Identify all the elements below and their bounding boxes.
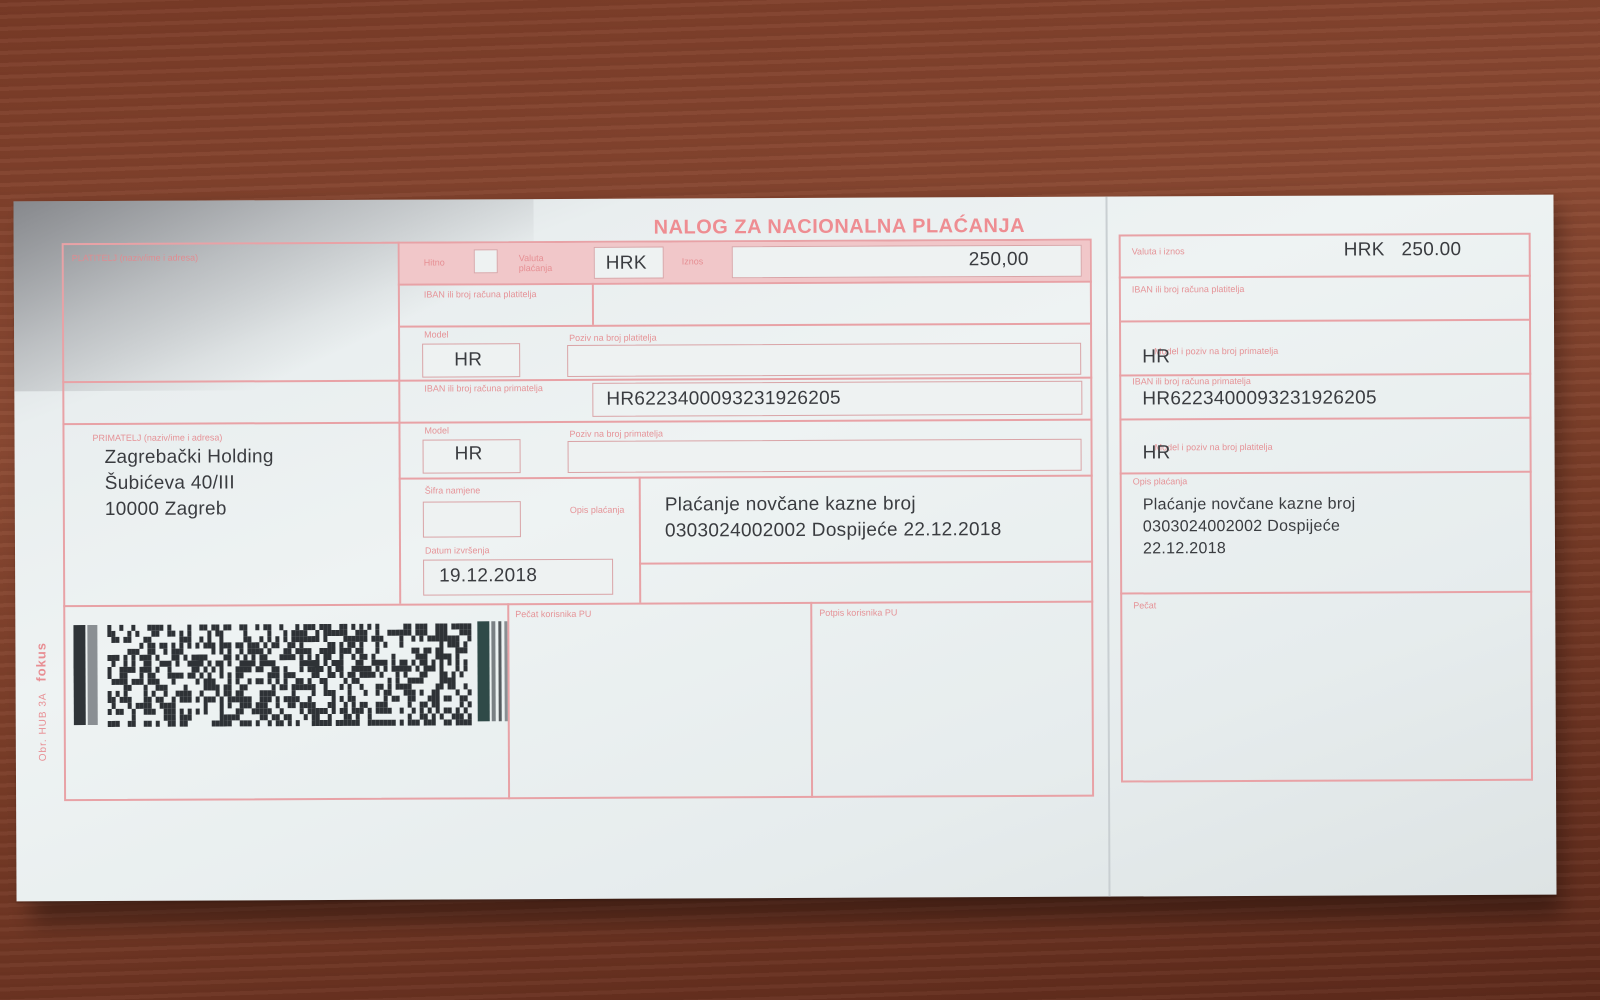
- recipient-city: 10000 Zagreb: [105, 498, 227, 521]
- description-line-1: Plaćanje novčane kazne broj: [665, 493, 916, 516]
- currency-value: HRK: [606, 253, 647, 275]
- recipient-model-value: HR: [455, 443, 483, 465]
- amount-label: Iznos: [682, 256, 704, 266]
- payer-reference-label: Poziv na broj platitelja: [569, 333, 657, 343]
- printer-brand: fokus: [33, 642, 48, 682]
- urgent-label: Hitno: [424, 257, 445, 267]
- recipient-name: Zagrebački Holding: [105, 446, 274, 469]
- payer-model-label: Model: [424, 329, 449, 339]
- stub-payer-model: HR: [1143, 442, 1171, 464]
- signature-label: Potpis korisnika PU: [819, 608, 897, 618]
- stub-description-line-3: 22.12.2018: [1143, 540, 1226, 558]
- urgent-checkbox[interactable]: [474, 249, 498, 273]
- form-code: Obr. HUB 3A: [38, 693, 49, 761]
- recipient-model-label: Model: [424, 425, 449, 435]
- amount-value: 250,00: [969, 249, 1029, 271]
- payer-model-value: HR: [454, 349, 482, 371]
- stub-description-label: Opis plaćanja: [1133, 476, 1188, 486]
- purpose-code-label: Šifra namjene: [425, 485, 481, 495]
- stub-payer-iban-label: IBAN ili broj računa platitelja: [1132, 284, 1245, 294]
- recipient-iban-value: HR6223400093231926205: [606, 388, 841, 411]
- stub-description-line-1: Plaćanje novčane kazne broj: [1143, 496, 1356, 515]
- amount-field[interactable]: [732, 245, 1082, 279]
- payer-reference-field[interactable]: [567, 343, 1081, 377]
- perforation-line: [1105, 197, 1110, 897]
- recipient-reference-field[interactable]: [568, 439, 1082, 473]
- recipient-iban-label: IBAN ili broj računa primatelja: [424, 383, 574, 394]
- stub-recipient-iban: HR6223400093231926205: [1142, 387, 1377, 410]
- stub-recipient-ref-label: Model i poziv na broj primatelja: [1154, 346, 1278, 357]
- description-label: Opis plaćanja: [570, 505, 630, 515]
- pdf417-barcode: [73, 619, 513, 729]
- stub-amount-label: Valuta i iznos: [1132, 246, 1185, 256]
- stub-stamp-label: Pečat: [1133, 600, 1156, 610]
- stub-amount-value: HRK 250.00: [1344, 239, 1462, 262]
- form-title: NALOG ZA NACIONALNA PLAĆANJA: [654, 215, 1026, 240]
- divider: [592, 283, 594, 325]
- stub-recipient-iban-label: IBAN ili broj računa primatelja: [1132, 376, 1251, 387]
- execution-date-value: 19.12.2018: [439, 565, 537, 587]
- purpose-code-field[interactable]: [423, 501, 521, 537]
- recipient-street: Šubićeva 40/III: [105, 472, 235, 495]
- stub-recipient-model: HR: [1142, 346, 1170, 368]
- stamp-label: Pečat korisnika PU: [515, 609, 591, 619]
- recipient-reference-label: Poziv na broj primatelja: [569, 429, 663, 439]
- side-print: Obr. HUB 3A fokus: [33, 642, 49, 761]
- recipient-label: PRIMATELJ (naziv/ime i adresa): [92, 432, 222, 443]
- stub-payer-model-label: Model i poziv na broj platitelja: [1155, 442, 1273, 453]
- payer-label: PLATITELJ (naziv/ime i adresa): [72, 253, 198, 264]
- currency-label: Valuta plaćanja: [519, 253, 579, 273]
- payer-iban-label: IBAN ili broj računa platitelja: [424, 289, 574, 300]
- execution-date-label: Datum izvršenja: [425, 545, 490, 555]
- payment-slip: NALOG ZA NACIONALNA PLAĆANJA Obr. HUB 3A…: [13, 195, 1556, 902]
- description-line-2: 0303024002002 Dospijeće 22.12.2018: [665, 519, 1002, 542]
- stub-description-line-2: 0303024002002 Dospijeće: [1143, 518, 1340, 537]
